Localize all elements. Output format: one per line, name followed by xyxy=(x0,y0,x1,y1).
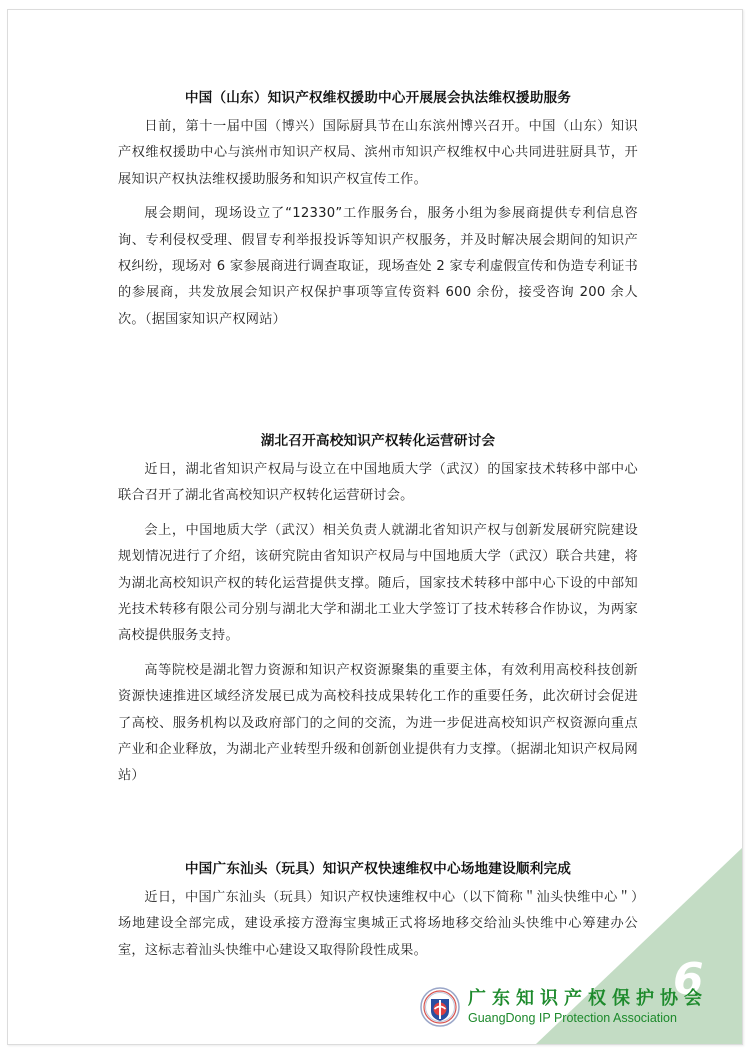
association-name-cn: 广东知识产权保护协会 xyxy=(468,988,708,1010)
association-emblem-icon xyxy=(420,987,460,1027)
article-title: 中国（山东）知识产权维权援助中心开展展会执法维权援助服务 xyxy=(118,88,638,108)
association-logo: 广东知识产权保护协会 GuangDong IP Protection Assoc… xyxy=(420,987,708,1027)
article-shandong: 中国（山东）知识产权维权援助中心开展展会执法维权援助服务 日前，第十一届中国（博… xyxy=(118,88,638,333)
article-title: 湖北召开高校知识产权转化运营研讨会 xyxy=(118,431,638,451)
article-paragraph: 近日，中国广东汕头（玩具）知识产权快速维权中心（以下简称＂汕头快维中心＂）场地建… xyxy=(118,885,638,964)
article-hubei: 湖北召开高校知识产权转化运营研讨会 近日，湖北省知识产权局与设立在中国地质大学（… xyxy=(118,431,638,790)
association-name: 广东知识产权保护协会 GuangDong IP Protection Assoc… xyxy=(468,988,708,1026)
association-name-en: GuangDong IP Protection Association xyxy=(468,1010,708,1026)
article-paragraph: 日前，第十一届中国（博兴）国际厨具节在山东滨州博兴召开。中国（山东）知识产权维权… xyxy=(118,114,638,193)
article-paragraph: 高等院校是湖北智力资源和知识产权资源聚集的重要主体，有效利用高校科技创新资源快速… xyxy=(118,658,638,790)
article-title: 中国广东汕头（玩具）知识产权快速维权中心场地建设顺利完成 xyxy=(118,859,638,879)
article-paragraph: 展会期间，现场设立了“12330”工作服务台，服务小组为参展商提供专利信息咨询、… xyxy=(118,201,638,333)
article-paragraph: 会上，中国地质大学（武汉）相关负责人就湖北省知识产权与创新发展研究院建设规划情况… xyxy=(118,518,638,650)
article-paragraph: 近日，湖北省知识产权局与设立在中国地质大学（武汉）的国家技术转移中部中心联合召开… xyxy=(118,457,638,510)
document-page: 中国（山东）知识产权维权援助中心开展展会执法维权援助服务 日前，第十一届中国（博… xyxy=(7,9,743,1045)
article-shantou: 中国广东汕头（玩具）知识产权快速维权中心场地建设顺利完成 近日，中国广东汕头（玩… xyxy=(118,859,638,964)
